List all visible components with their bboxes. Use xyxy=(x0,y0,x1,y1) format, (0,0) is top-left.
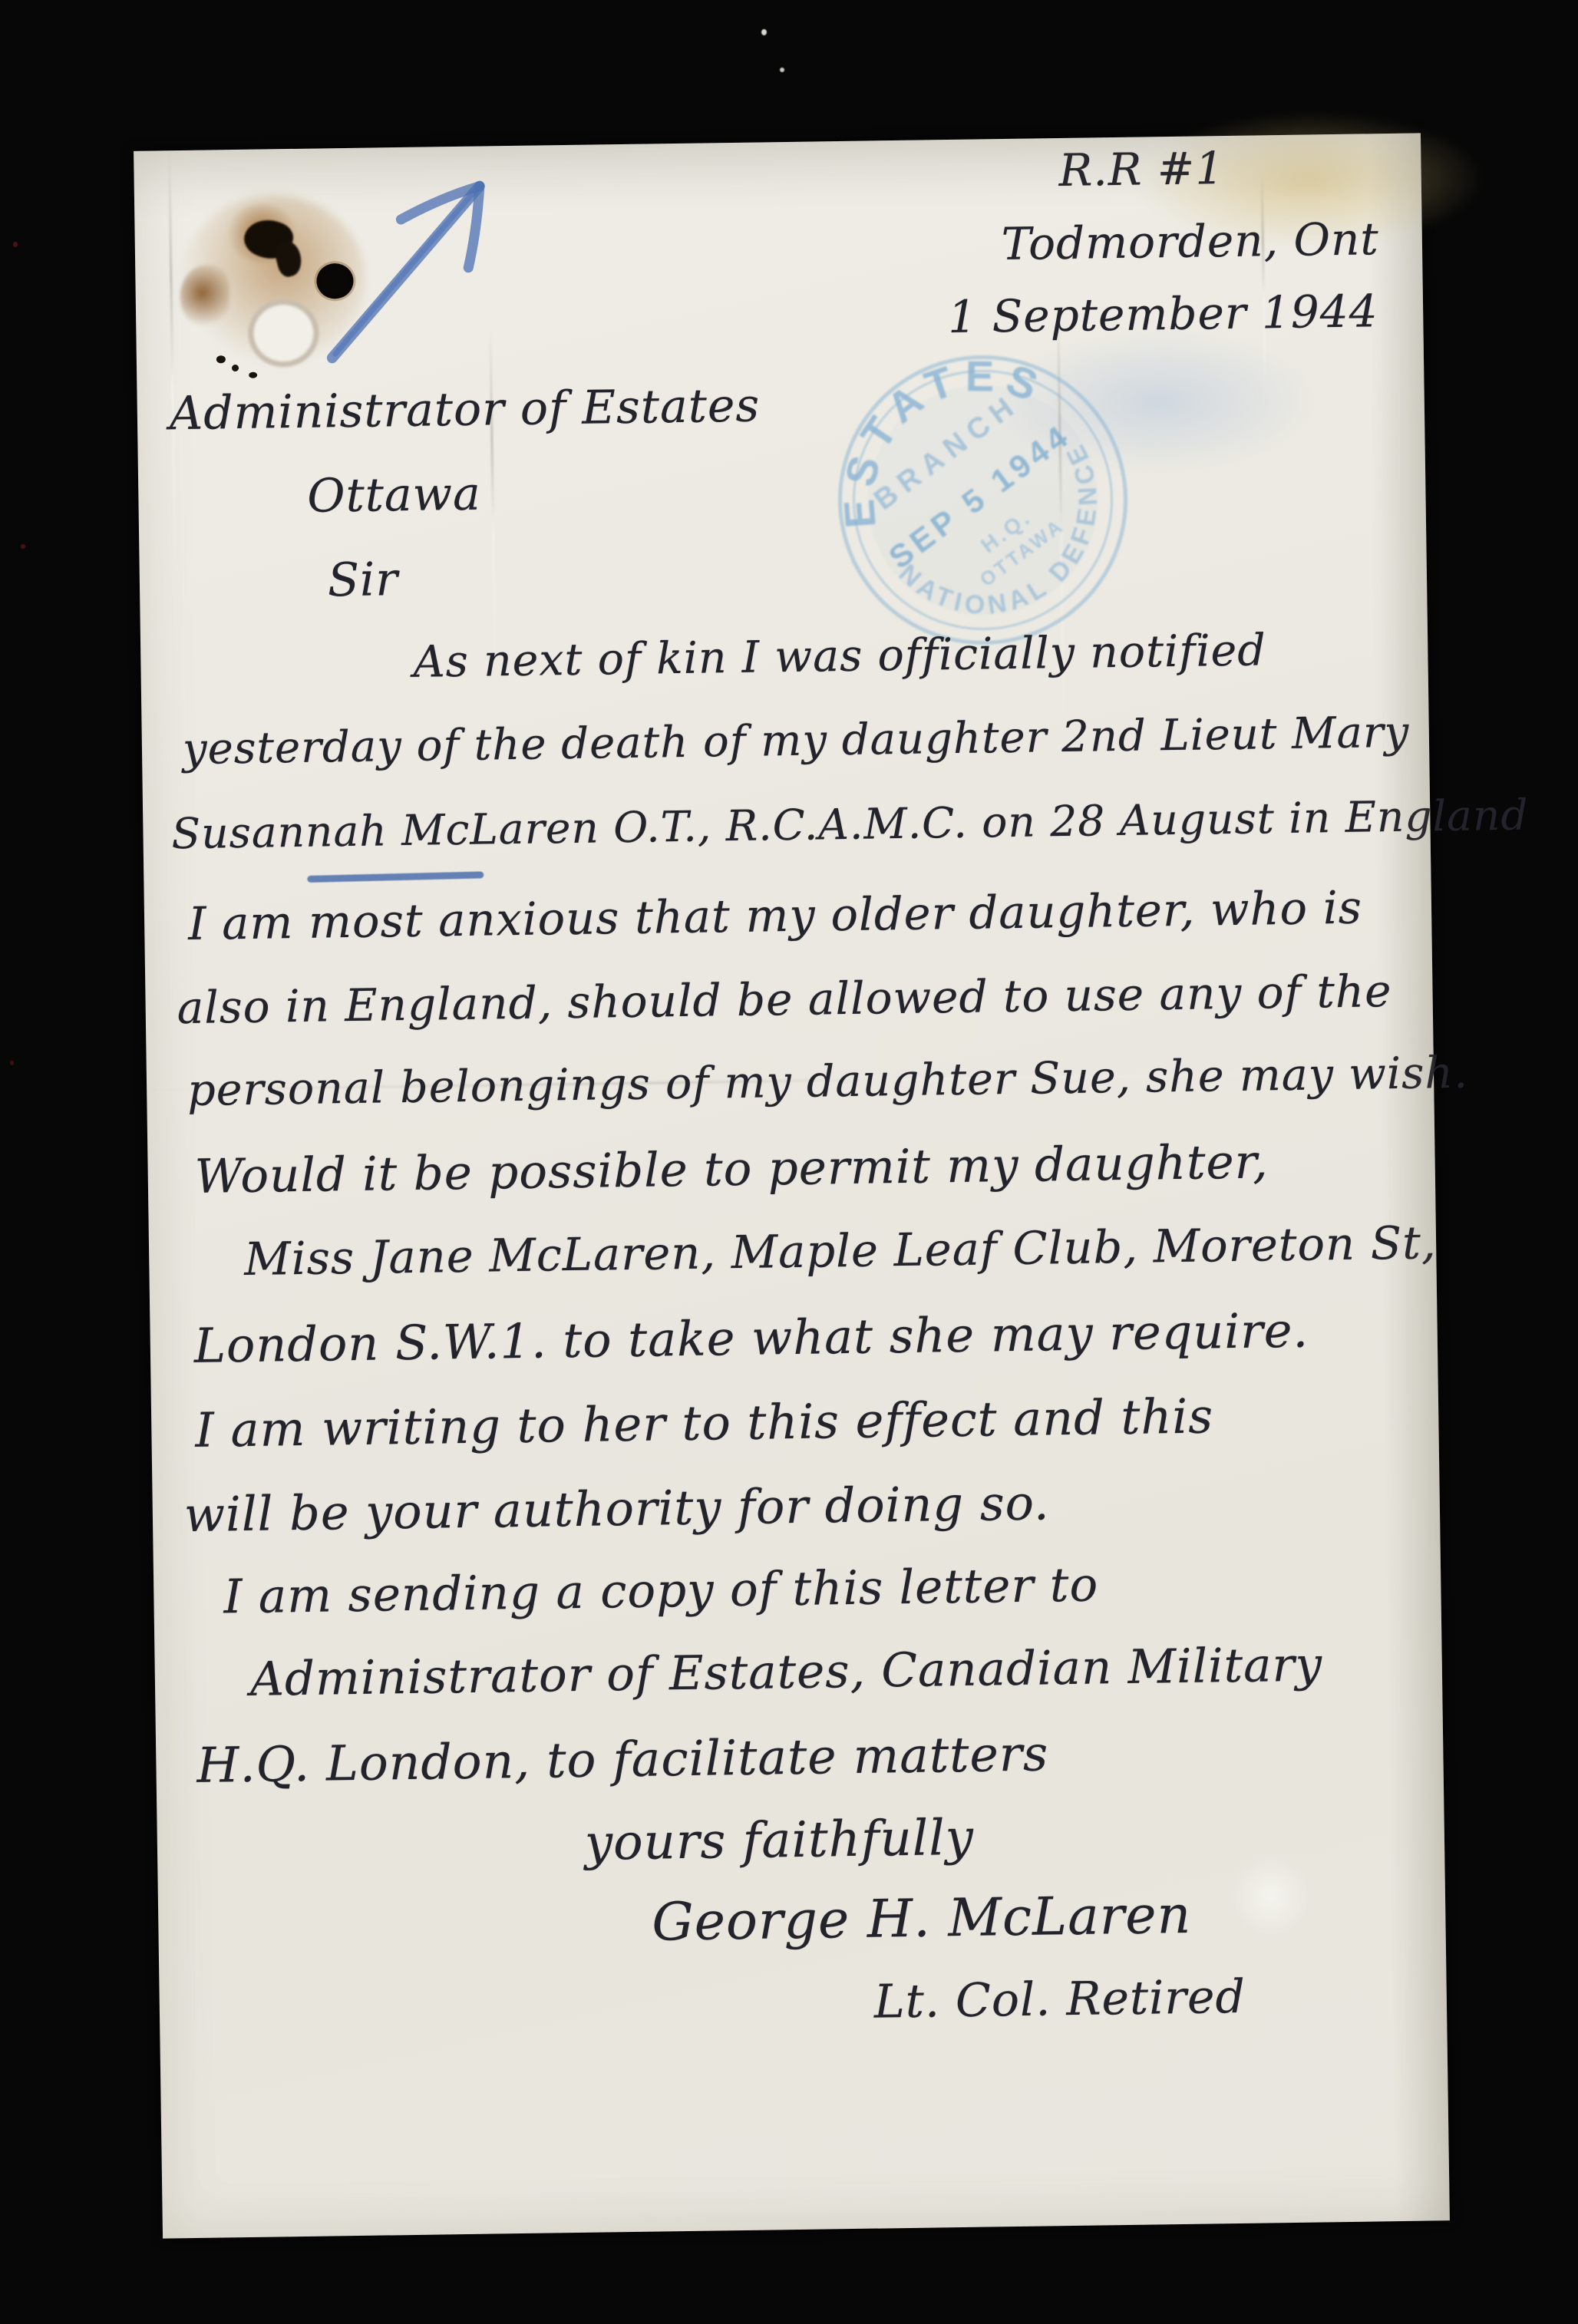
body-line: will be your authority for doing so. xyxy=(183,1474,1050,1543)
red-speck xyxy=(10,1061,14,1065)
body-line: also in England, should be allowed to us… xyxy=(177,965,1392,1035)
body-line: yesterday of the death of my daughter 2n… xyxy=(183,707,1410,775)
body-line: H.Q. London, to facilitate matters xyxy=(196,1725,1049,1794)
dust-speck xyxy=(761,29,767,35)
char-speck xyxy=(216,355,226,363)
date-line: 1 September 1944 xyxy=(948,285,1378,344)
recipient-line: Administrator of Estates xyxy=(169,378,760,441)
blue-underline xyxy=(307,871,484,883)
photo-background: ESTATES BRANCH SEP 5 1944 H.Q. OTTAWA NA… xyxy=(0,0,1578,2324)
char-speck xyxy=(232,365,239,371)
sender-address-line: Todmorden, Ont xyxy=(1001,213,1379,271)
closing-line: yours faithfully xyxy=(584,1809,974,1873)
dust-speck xyxy=(780,68,784,72)
crease xyxy=(168,150,177,580)
body-line: Would it be possible to permit my daught… xyxy=(194,1134,1269,1205)
body-line: Administrator of Estates, Canadian Milit… xyxy=(249,1636,1322,1708)
body-line: I am most anxious that my older daughter… xyxy=(188,881,1363,952)
red-speck xyxy=(13,242,18,247)
body-line: As next of kin I was officially notified xyxy=(413,624,1266,688)
blue-arrow-icon xyxy=(310,167,513,385)
body-line: personal belongings of my daughter Sue, … xyxy=(187,1047,1469,1117)
body-line: I am sending a copy of this letter to xyxy=(223,1556,1099,1625)
recipient-line: Ottawa xyxy=(307,467,481,524)
light-smudge xyxy=(1228,1854,1314,1940)
body-line: Miss Jane McLaren, Maple Leaf Club, More… xyxy=(244,1216,1437,1286)
signature-rank: Lt. Col. Retired xyxy=(873,1969,1246,2030)
body-line: London S.W.1. to take what she may requi… xyxy=(193,1302,1309,1375)
signature: George H. McLaren xyxy=(652,1884,1192,1954)
brown-stain xyxy=(180,265,229,327)
char-speck xyxy=(249,372,257,378)
salutation: Sir xyxy=(327,552,398,608)
body-line: I am writing to her to this effect and t… xyxy=(195,1388,1214,1459)
sender-address-line: R.R #1 xyxy=(1058,142,1225,198)
red-speck xyxy=(21,544,25,549)
estates-branch-stamp: ESTATES BRANCH SEP 5 1944 H.Q. OTTAWA NA… xyxy=(827,345,1139,656)
body-line: Susannah McLaren O.T., R.C.A.M.C. on 28 … xyxy=(171,790,1529,860)
letter-page: ESTATES BRANCH SEP 5 1944 H.Q. OTTAWA NA… xyxy=(134,133,1450,2238)
